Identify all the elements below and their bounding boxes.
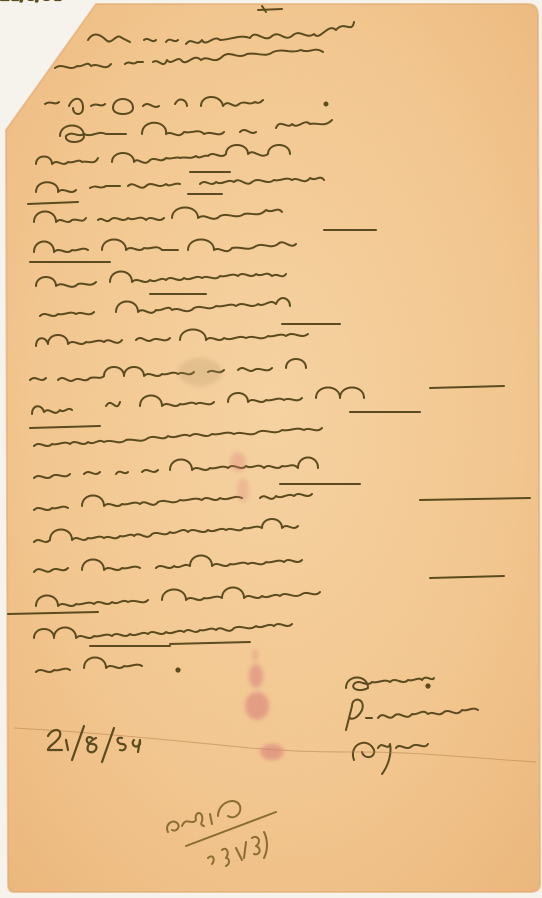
svg-text:21/8/84: 21/8/84 — [0, 0, 62, 4]
smudge — [178, 358, 222, 386]
letter-page: 21/8/84 — [0, 0, 542, 898]
